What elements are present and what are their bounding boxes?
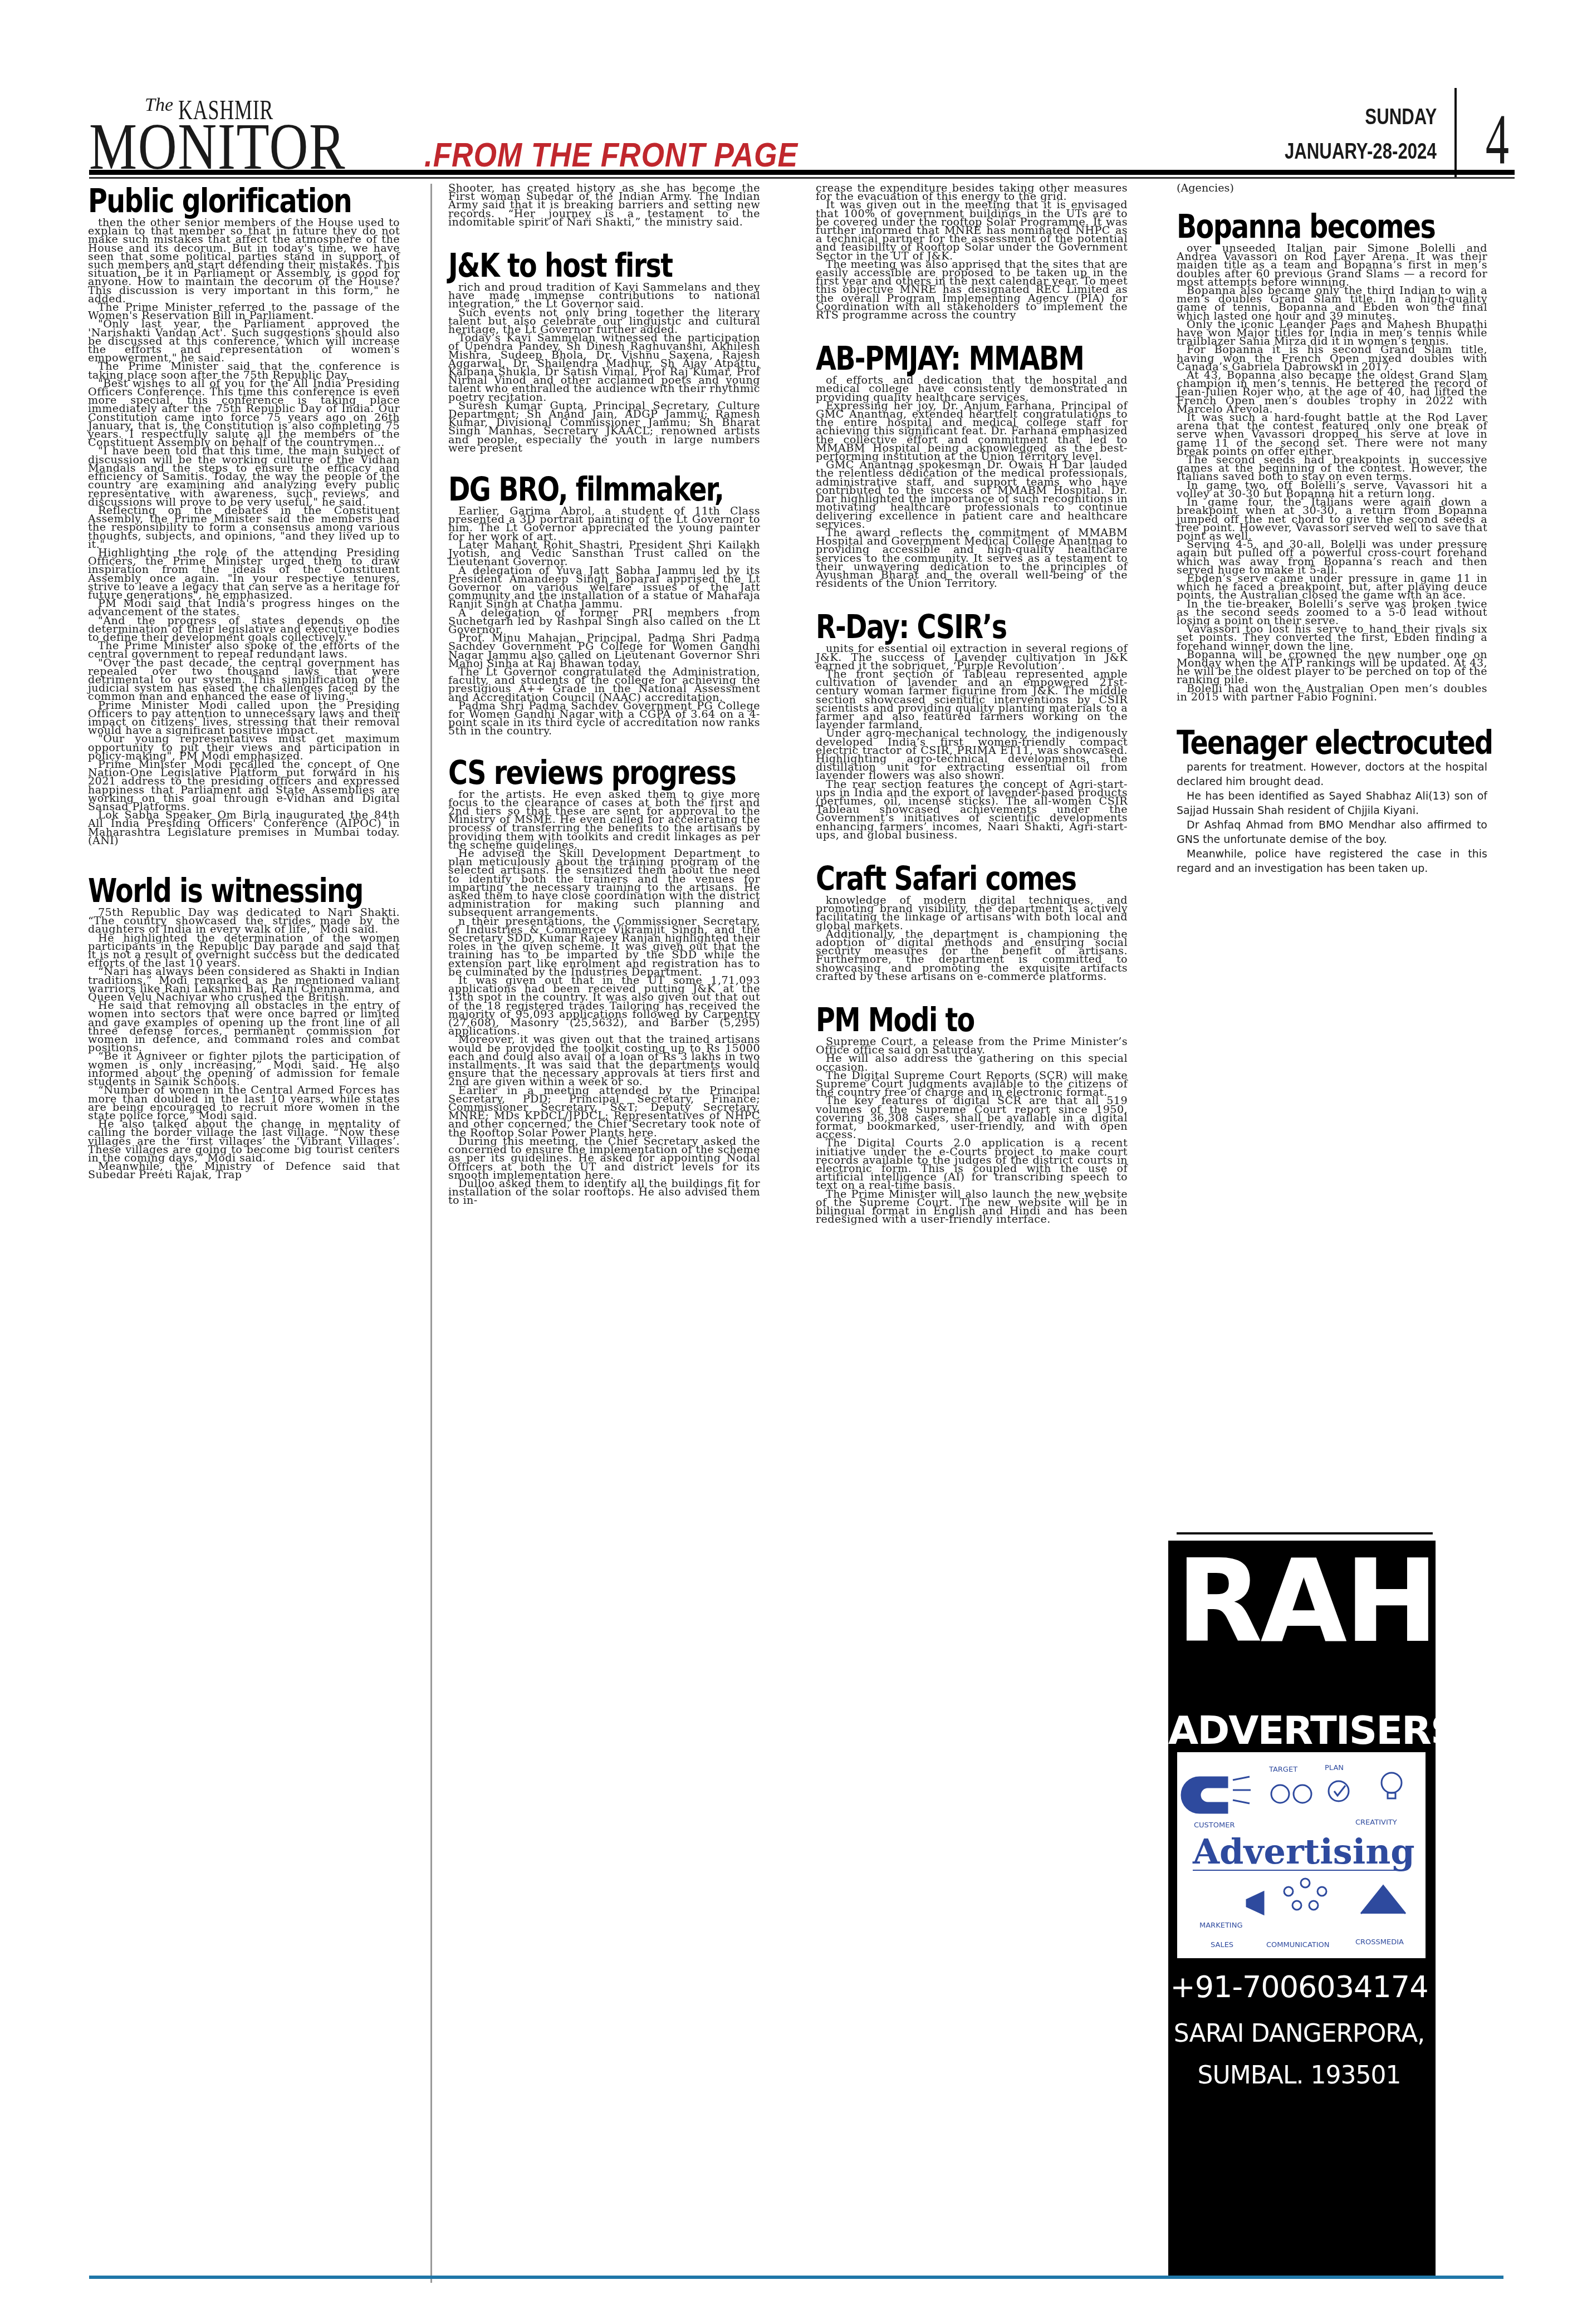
paragraph: Bopanna will be crowned the new number o… — [1177, 650, 1487, 684]
article-continuation: Shooter, has created history as she has … — [448, 184, 760, 226]
paragraph: PM Modi said that India's progress hinge… — [88, 599, 400, 616]
article-pm-modi-to: PM Modi to Supreme Court, a release from… — [816, 1003, 1128, 1223]
paragraph: “Nari has always been considered as Shak… — [88, 967, 400, 1001]
section-title: .FROM THE FRONT PAGE — [424, 135, 798, 175]
masthead-divider — [1454, 88, 1457, 177]
advertisement-rahi-advertisers[interactable]: RAHI ADVERTISERS TARGET PLAN CUSTOMER CR… — [1168, 1541, 1436, 2276]
paragraph: over unseeded Italian pair Simone Bolell… — [1177, 244, 1487, 286]
ad-subtitle: ADVERTISERS — [1168, 1708, 1430, 1753]
paragraph: units for essential oil extraction in se… — [816, 644, 1128, 670]
paragraph: The rear section features the concept of… — [816, 780, 1128, 839]
headline: World is witnessing — [88, 874, 344, 908]
column-divider — [430, 184, 432, 2283]
article-ab-pmjay: AB-PMJAY: MMABM of efforts and dedicatio… — [816, 341, 1128, 587]
article-body: 75th Republic Day was dedicated to Nari … — [88, 908, 400, 1179]
paragraph: "Over the past decade, the central gover… — [88, 659, 400, 701]
column-4: (Agencies) Bopanna becomes over unseeded… — [1177, 184, 1487, 876]
paragraph: "And the progress of states depends on t… — [88, 616, 400, 642]
svg-text:PLAN: PLAN — [1325, 1764, 1344, 1772]
svg-text:CROSSMEDIA: CROSSMEDIA — [1355, 1938, 1404, 1947]
article-rday-csir: R-Day: CSIR’s units for essential oil ex… — [816, 610, 1128, 839]
article-teenager-electrocuted: Teenager electrocuted parents for treatm… — [1177, 725, 1487, 876]
paragraph: Only the iconic Leander Paes and Mahesh … — [1177, 320, 1487, 346]
paragraph: Such events not only bring together the … — [448, 308, 760, 334]
headline: Craft Safari comes — [816, 861, 1071, 896]
article-body: knowledge of modern digital techniques, … — [816, 896, 1128, 980]
paragraph: Meanwhile, the Ministry of Defence said … — [88, 1162, 400, 1179]
paragraph: GMC Anantnag spokesman Dr. Owais H Dar l… — [816, 460, 1128, 528]
paragraph: Prime Minister Modi called upon the Pres… — [88, 701, 400, 735]
issue-date: JANUARY-28-2024 — [1285, 139, 1437, 164]
paragraph: Under agro-mechanical technology, the in… — [816, 729, 1128, 779]
svg-text:COMMUNICATION: COMMUNICATION — [1266, 1941, 1330, 1949]
paragraph: Shooter, has created history as she has … — [448, 184, 760, 226]
paragraph: The award reflects the commitment of MMA… — [816, 528, 1128, 587]
paragraph: A delegation of former PRI members from … — [448, 609, 760, 634]
paragraph: He advised the Skill Development Departm… — [448, 849, 760, 917]
svg-text:TARGET: TARGET — [1268, 1766, 1297, 1774]
article-body: over unseeded Italian pair Simone Bolell… — [1177, 244, 1487, 701]
paragraph: The Prime Minister also spoke of the eff… — [88, 641, 400, 658]
paragraph: For Bopanna it is his second Grand Slam … — [1177, 345, 1487, 371]
headline: J&K to host first — [448, 248, 704, 283]
paragraph: Highlighting the role of the attending P… — [88, 548, 400, 599]
footer-rule — [89, 2276, 1503, 2279]
paragraph: "Our young representatives must get maxi… — [88, 734, 400, 760]
paragraph: In the tie-breaker, Bolelli’s serve was … — [1177, 600, 1487, 625]
paragraph: parents for treatment. However, doctors … — [1177, 760, 1487, 789]
article-jk-to-host-first: J&K to host first rich and proud traditi… — [448, 248, 760, 452]
headline: CS reviews progress — [448, 756, 704, 790]
svg-text:CREATIVITY: CREATIVITY — [1355, 1818, 1397, 1827]
paragraph: "Only last year, the Parliament approved… — [88, 320, 400, 362]
article-body: of efforts and dedication that the hospi… — [816, 376, 1128, 587]
paragraph: “Number of women in the Central Armed Fo… — [88, 1086, 400, 1120]
masthead-rule-thin — [89, 177, 1515, 179]
paragraph: He said that removing all obstacles in t… — [88, 1001, 400, 1052]
svg-text:Advertising: Advertising — [1192, 1831, 1415, 1872]
svg-text:MARKETING: MARKETING — [1199, 1921, 1242, 1930]
section-rule — [1177, 1532, 1433, 1534]
article-dg-bro-filmmaker: DG BRO, filmmaker, Earlier, Garima Abrol… — [448, 472, 760, 735]
paragraph: Reflecting on the debates in the Constit… — [88, 506, 400, 548]
paragraph: He highlighted the determination of the … — [88, 934, 400, 968]
paragraph: 75th Republic Day was dedicated to Nari … — [88, 908, 400, 934]
paragraph: "I have been told that this time, the ma… — [88, 447, 400, 506]
paragraph: “Be it Agniveer or fighter pilots the pa… — [88, 1052, 400, 1086]
article-bopanna: Bopanna becomes over unseeded Italian pa… — [1177, 209, 1487, 701]
paragraph: Ebden’s serve came under pressure in gam… — [1177, 574, 1487, 600]
paragraph: The second seeds had breakpoints in succ… — [1177, 455, 1487, 481]
paragraph: The Prime Minister will also launch the … — [816, 1190, 1128, 1224]
svg-text:SALES: SALES — [1211, 1941, 1233, 1949]
headline: Teenager electrocuted — [1177, 725, 1432, 760]
article-body: parents for treatment. However, doctors … — [1177, 760, 1487, 876]
paragraph: In game four, the Italians were again do… — [1177, 498, 1487, 540]
paragraph: He has been identified as Sayed Shabhaz … — [1177, 789, 1487, 818]
paragraph: Expressing her joy, Dr. Anjum Farhana, P… — [816, 401, 1128, 460]
article-continuation: crease the expenditure besides taking ot… — [816, 184, 1128, 319]
advertising-doodle-icon: TARGET PLAN CUSTOMER CREATIVITY MARKETIN… — [1177, 1752, 1426, 1958]
article-cs-reviews-progress: CS reviews progress for the artists. He … — [448, 756, 760, 1205]
paragraph: The meeting was also apprised that the s… — [816, 260, 1128, 319]
paragraph: Suresh Kumar Gupta, Principal Secretary,… — [448, 401, 760, 452]
paragraph: rich and proud tradition of Kavi Sammela… — [448, 283, 760, 308]
article-craft-safari: Craft Safari comes knowledge of modern d… — [816, 861, 1128, 980]
ad-address-line-2: SUMBAL. 193501 — [1168, 2061, 1430, 2090]
ad-address-line-1: SARAI DANGERPORA, — [1168, 2019, 1430, 2048]
paragraph: Dr Ashfaq Ahmad from BMO Mendhar also af… — [1177, 818, 1487, 847]
paragraph: The Digital Courts 2.0 application is a … — [816, 1139, 1128, 1189]
paragraph: It was given out that in the UT some 1,7… — [448, 976, 760, 1035]
paragraph: Moreover, it was given out that the trai… — [448, 1035, 760, 1086]
article-world-is-witnessing: World is witnessing 75th Republic Day wa… — [88, 874, 400, 1179]
paragraph: He also talked about the change in menta… — [88, 1120, 400, 1162]
article-public-glorification: Public glorification then the other seni… — [88, 184, 400, 845]
article-body: units for essential oil extraction in se… — [816, 644, 1128, 839]
paragraph: Padma Shri Padma Sachdev Government PG C… — [448, 702, 760, 736]
headline: R-Day: CSIR’s — [816, 610, 1071, 644]
headline: Public glorification — [88, 184, 344, 218]
paragraph: Lok Sabha Speaker Om Birla inaugurated t… — [88, 811, 400, 845]
paragraph: It was given out in the meeting that it … — [816, 200, 1128, 259]
article-body: Supreme Court, a release from the Prime … — [816, 1037, 1128, 1223]
paragraph: Additionally, the department is champion… — [816, 930, 1128, 980]
paragraph: n their presentations, the Commissioner … — [448, 917, 760, 976]
headline: Bopanna becomes — [1177, 209, 1432, 244]
article-body: rich and proud tradition of Kavi Sammela… — [448, 283, 760, 452]
paragraph: Prime Minister Modi recalled the concept… — [88, 760, 400, 811]
paragraph: "Best wishes to all of you for the All I… — [88, 379, 400, 447]
article-body: then the other senior members of the Hou… — [88, 218, 400, 845]
paragraph: Earlier, Garima Abrol, a student of 11th… — [448, 507, 760, 541]
column-1: Public glorification then the other seni… — [88, 184, 400, 1179]
paragraph: Dulloo asked them to identify all the bu… — [448, 1179, 760, 1205]
ad-illustration: TARGET PLAN CUSTOMER CREATIVITY MARKETIN… — [1177, 1752, 1426, 1958]
article-body: for the artists. He even asked them to g… — [448, 790, 760, 1205]
headline: AB-PMJAY: MMABM — [816, 341, 1071, 376]
paragraph: During this meeting, the Chief Secretary… — [448, 1137, 760, 1179]
headline: PM Modi to — [816, 1003, 1071, 1037]
paragraph: It was such a hard-fought battle at the … — [1177, 413, 1487, 455]
paragraph: The Digital Supreme Court Reports (SCR) … — [816, 1071, 1128, 1097]
ad-brand: RAHI — [1177, 1546, 1428, 1658]
ad-phone[interactable]: +91-7006034174 — [1168, 1969, 1430, 2004]
headline: DG BRO, filmmaker, — [448, 472, 704, 507]
paragraph: knowledge of modern digital techniques, … — [816, 896, 1128, 930]
agency-credit: (Agencies) — [1177, 184, 1487, 193]
paragraph: The Lt Governor congratulated the Admini… — [448, 668, 760, 702]
column-2: Shooter, has created history as she has … — [448, 184, 760, 1205]
paragraph: of efforts and dedication that the hospi… — [816, 376, 1128, 401]
paragraph: for the artists. He even asked them to g… — [448, 790, 760, 849]
paragraph: Prof. Minu Mahajan, Principal, Padma Shr… — [448, 634, 760, 668]
column-3: crease the expenditure besides taking ot… — [816, 184, 1128, 1224]
paragraph: The front section of Tableau represented… — [816, 670, 1128, 729]
paragraph: A delegation of Yuva Jatt Sabha Jammu le… — [448, 566, 760, 609]
paragraph: Later Mahant Rohit Shastri, President Sh… — [448, 541, 760, 566]
paragraph: Bopanna also became only the third India… — [1177, 286, 1487, 320]
paragraph: Meanwhile, police have registered the ca… — [1177, 847, 1487, 876]
masthead-rule-thick — [89, 170, 1515, 175]
paragraph: Serving 4-5, and 30-all, Bolelli was und… — [1177, 540, 1487, 574]
paragraph: Today’s Kavi Sammelan witnessed the part… — [448, 334, 760, 401]
paragraph: then the other senior members of the Hou… — [88, 218, 400, 303]
paragraph: At 43, Bopanna also became the oldest Gr… — [1177, 371, 1487, 413]
paragraph: Bolelli had won the Australian Open men’… — [1177, 684, 1487, 701]
paragraph: The key features of digital SCR are that… — [816, 1096, 1128, 1139]
svg-text:CUSTOMER: CUSTOMER — [1194, 1821, 1235, 1830]
paragraph: Earlier in a meeting attended by the Pri… — [448, 1086, 760, 1137]
paragraph: Vavassori too lost his serve to hand the… — [1177, 625, 1487, 650]
page-number: 4 — [1486, 107, 1509, 173]
issue-day: SUNDAY — [1365, 105, 1437, 130]
article-body: Earlier, Garima Abrol, a student of 11th… — [448, 507, 760, 735]
